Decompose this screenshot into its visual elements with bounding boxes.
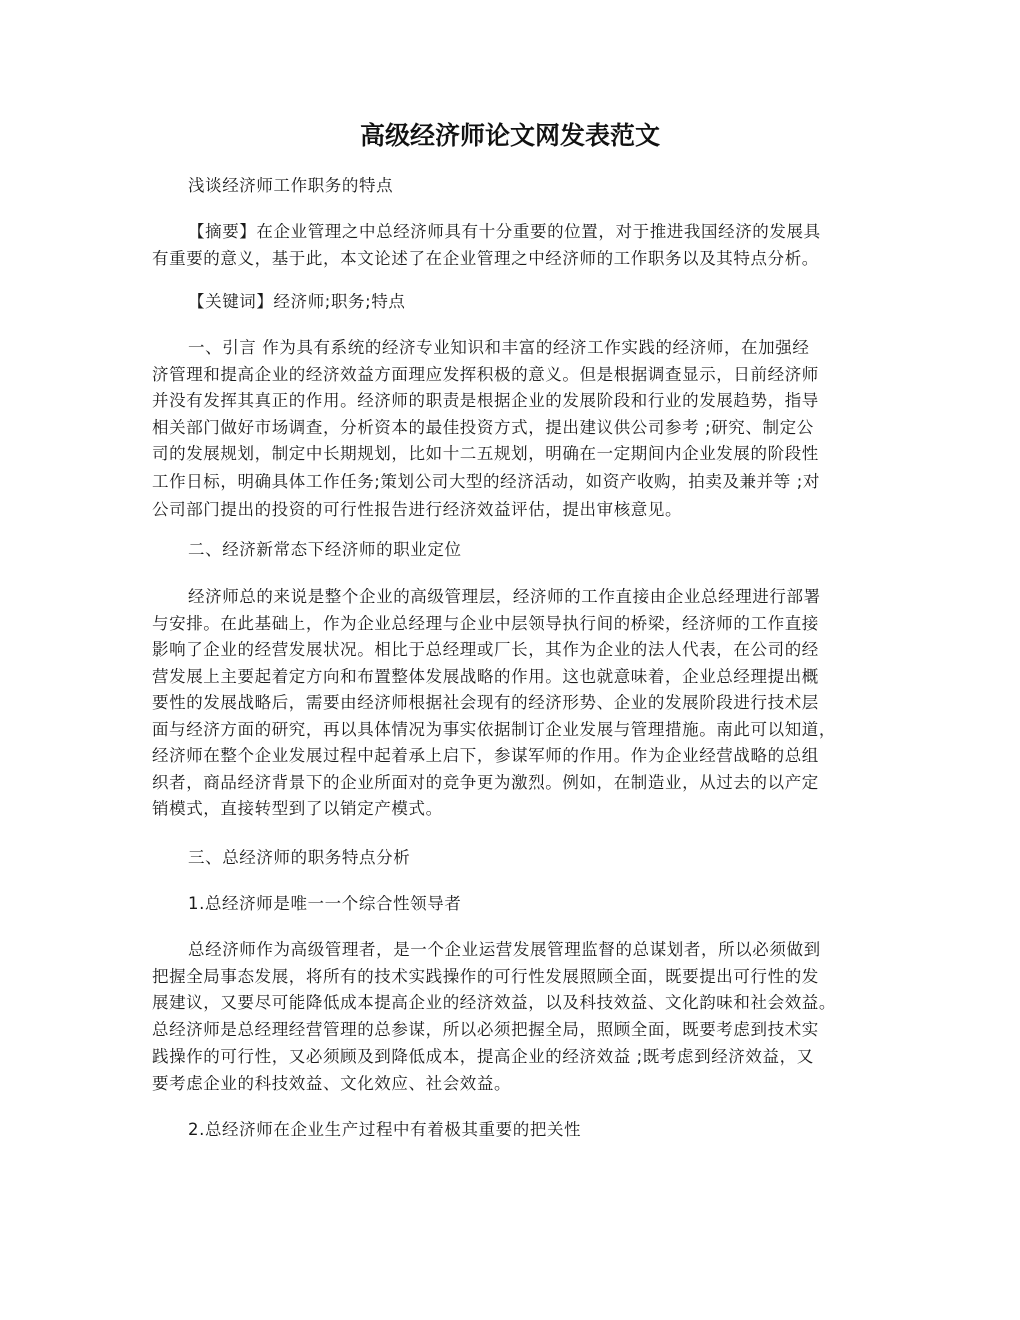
text-line: 践操作的可行性，又必须顾及到降低成本，提高企业的经济效益 ;既考虑到经济效益，又	[152, 1043, 856, 1070]
section1-paragraph: 一、引言 作为具有系统的经济专业知识和丰富的经济工作实践的经济师，在加强经 济管…	[152, 335, 856, 524]
abstract-paragraph: 【摘要】在企业管理之中总经济师具有十分重要的位置，对于推进我国经济的发展具 有重…	[152, 219, 856, 272]
keywords-paragraph: 【关键词】经济师;职务;特点	[152, 289, 856, 316]
text-line: 销模式，直接转型到了以销定产模式。	[152, 796, 856, 823]
item1-heading: 1.总经济师是唯一一个综合性领导者	[152, 891, 856, 918]
text-line: 【关键词】经济师;职务;特点	[152, 289, 856, 316]
section2-heading: 二、经济新常态下经济师的职业定位	[152, 537, 856, 564]
text-line: 三、总经济师的职务特点分析	[152, 845, 856, 872]
document-title: 高级经济师论文网发表范文	[0, 121, 1020, 151]
section3-heading: 三、总经济师的职务特点分析	[152, 845, 856, 872]
text-line: 1.总经济师是唯一一个综合性领导者	[152, 891, 856, 918]
text-line: 把握全局事态发展，将所有的技术实践操作的可行性发展照顾全面，既要提出可行性的发	[152, 964, 856, 991]
text-line: 二、经济新常态下经济师的职业定位	[152, 537, 856, 564]
text-line: 经济师在整个企业发展过程中起着承上启下，参谋军师的作用。作为企业经营战略的总组	[152, 743, 856, 770]
text-line: 影响了企业的经营发展状况。相比于总经理或厂长，其作为企业的法人代表，在公司的经	[152, 637, 856, 664]
section2-paragraph: 经济师总的来说是整个企业的高级管理层，经济师的工作直接由企业总经理进行部署 与安…	[152, 584, 856, 823]
text-line: 司的发展规划，制定中长期规划，比如十二五规划，明确在一定期间内企业发展的阶段性	[152, 441, 856, 468]
text-line: 一、引言 作为具有系统的经济专业知识和丰富的经济工作实践的经济师，在加强经	[152, 335, 856, 362]
text-line: 并没有发挥其真正的作用。经济师的职责是根据企业的发展阶段和行业的发展趋势，指导	[152, 388, 856, 415]
text-line: 展建议，又要尽可能降低成本提高企业的经济效益，以及科技效益、文化韵味和社会效益。	[152, 990, 856, 1017]
text-line: 经济师总的来说是整个企业的高级管理层，经济师的工作直接由企业总经理进行部署	[152, 584, 856, 611]
text-line: 工作日标，明确具体工作任务;策划公司大型的经济活动，如资产收购，拍卖及兼并等 ;…	[152, 468, 856, 496]
subtitle-paragraph: 浅谈经济师工作职务的特点	[152, 173, 856, 200]
text-line: 公司部门提出的投资的可行性报告进行经济效益评估，提出审核意见。	[152, 496, 856, 524]
text-line: 与安排。在此基础上，作为企业总经理与企业中层领导执行间的桥梁，经济师的工作直接	[152, 611, 856, 638]
text-line: 【摘要】在企业管理之中总经济师具有十分重要的位置，对于推进我国经济的发展具	[152, 219, 856, 246]
text-line: 总经济师是总经理经营管理的总参谋，所以必须把握全局，照顾全面，既要考虑到技术实	[152, 1017, 856, 1044]
text-line: 要性的发展战略后，需要由经济师根据社会现有的经济形势、企业的发展阶段进行技术层	[152, 690, 856, 717]
text-line: 营发展上主要起着定方向和布置整体发展战略的作用。这也就意味着，企业总经理提出概	[152, 664, 856, 691]
item2-heading: 2.总经济师在企业生产过程中有着极其重要的把关性	[152, 1117, 856, 1144]
document-page: 高级经济师论文网发表范文 浅谈经济师工作职务的特点 【摘要】在企业管理之中总经济…	[0, 0, 1020, 1320]
text-line: 相关部门做好市场调查，分析资本的最佳投资方式，提出建议供公司参考 ;研究、制定公	[152, 415, 856, 442]
text-line: 浅谈经济师工作职务的特点	[152, 173, 856, 200]
text-line: 2.总经济师在企业生产过程中有着极其重要的把关性	[152, 1117, 856, 1144]
text-line: 总经济师作为高级管理者，是一个企业运营发展管理监督的总谋划者，所以必须做到	[152, 937, 856, 964]
text-line: 织者，商品经济背景下的企业所面对的竞争更为激烈。例如，在制造业，从过去的以产定	[152, 770, 856, 797]
text-line: 有重要的意义，基于此，本文论述了在企业管理之中经济师的工作职务以及其特点分析。	[152, 246, 856, 273]
item1-paragraph: 总经济师作为高级管理者，是一个企业运营发展管理监督的总谋划者，所以必须做到 把握…	[152, 937, 856, 1098]
text-line: 要考虑企业的科技效益、文化效应、社会效益。	[152, 1070, 856, 1098]
text-line: 济管理和提高企业的经济效益方面理应发挥积极的意义。但是根据调查显示，日前经济师	[152, 362, 856, 389]
text-line: 面与经济方面的研究，再以具体情况为事实依据制订企业发展与管理措施。南此可以知道，	[152, 717, 856, 744]
